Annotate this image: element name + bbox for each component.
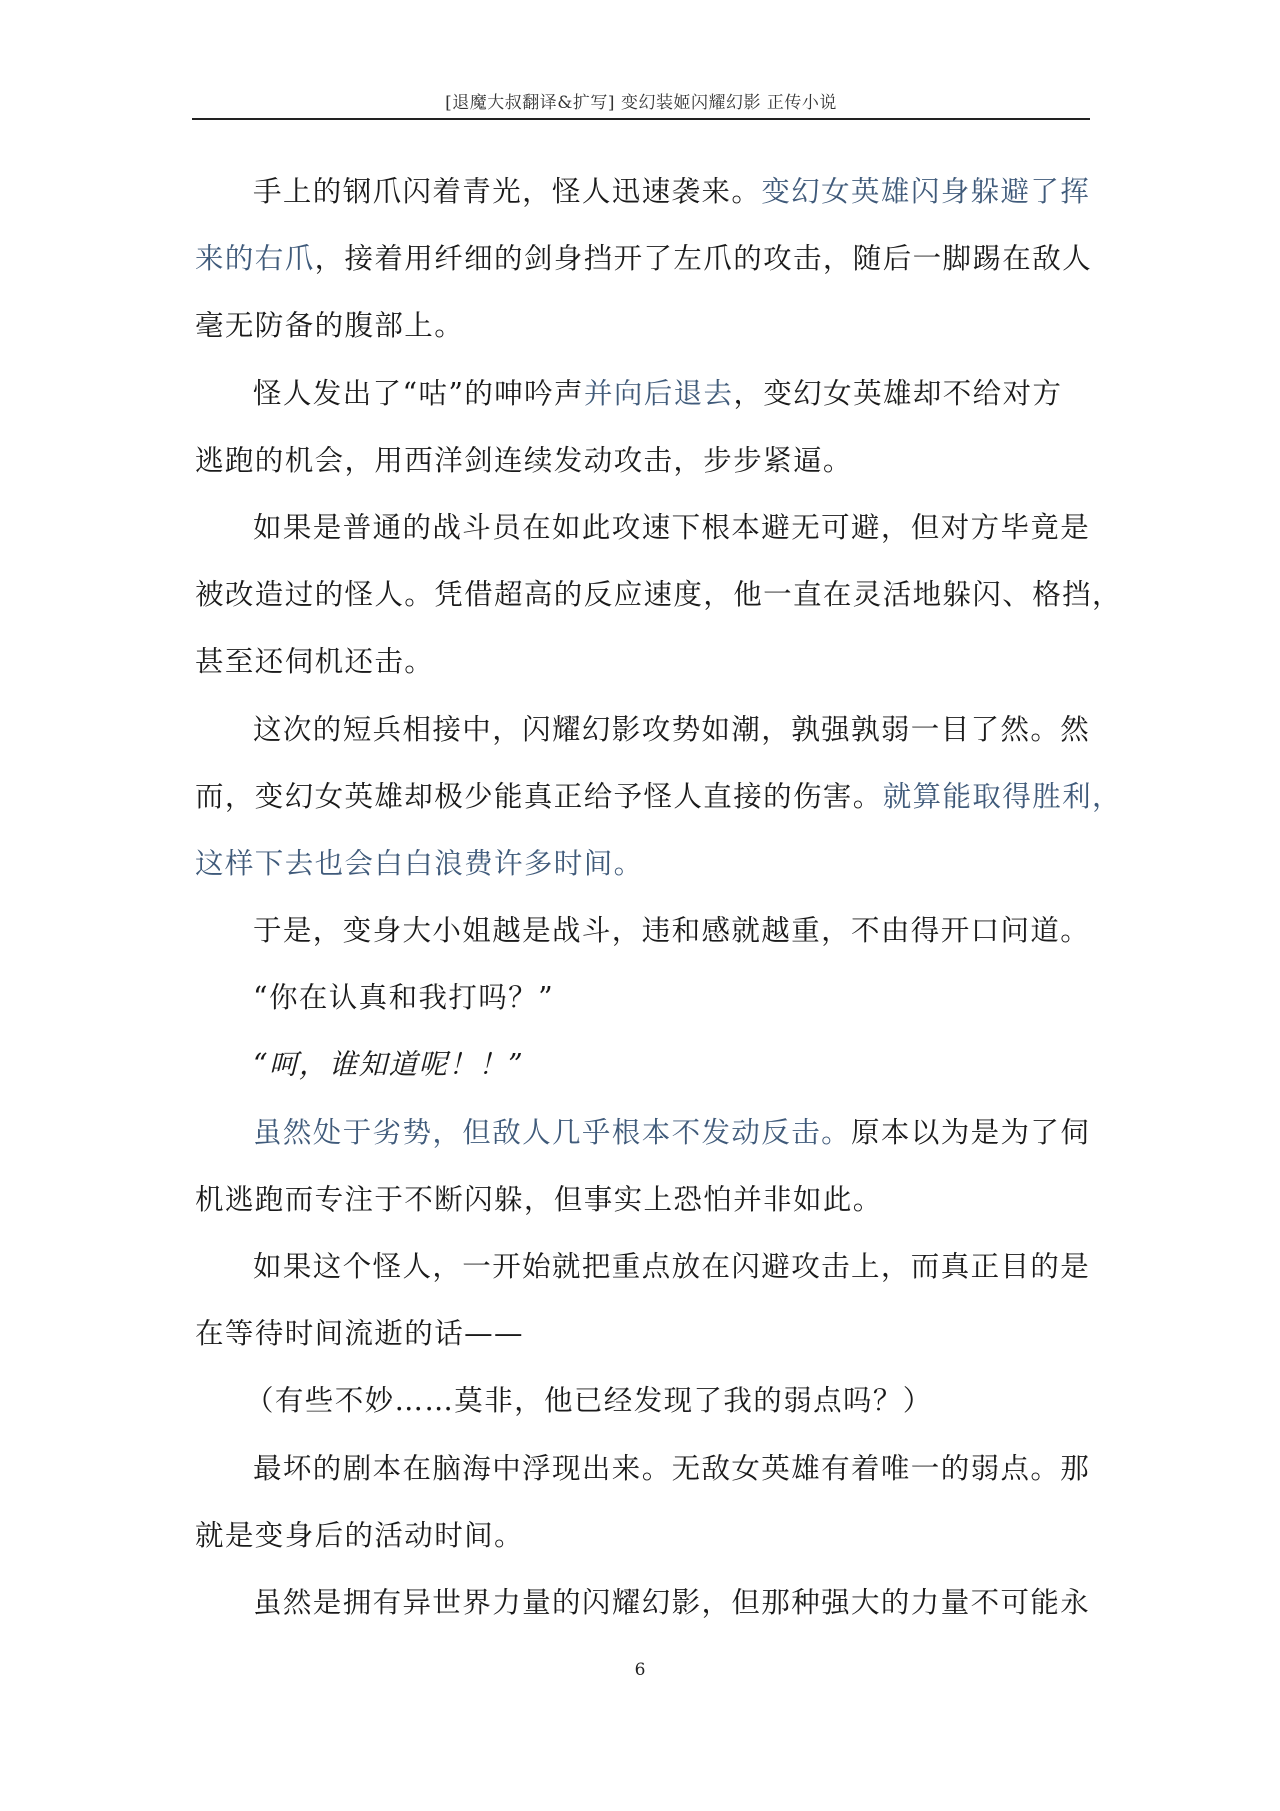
text-segment: 而，变幻女英雄却极少能真正给予怪人直接的伤害。 — [195, 780, 883, 813]
body-text: 手上的钢爪闪着青光，怪人迅速袭来。变幻女英雄闪身躲避了挥来的右爪，接着用纤细的剑… — [195, 158, 1090, 1636]
highlighted-text: 虽然处于劣势，但敌人几乎根本不发动反击。 — [253, 1116, 851, 1149]
text-line: （有些不妙……莫非，他已经发现了我的弱点吗？） — [195, 1367, 1090, 1434]
text-line: 逃跑的机会，用西洋剑连续发动攻击，步步紧逼。 — [195, 427, 1090, 494]
text-segment: “你在认真和我打吗？” — [253, 981, 554, 1014]
text-line: 最坏的剧本在脑海中浮现出来。无敌女英雄有着唯一的弱点。那 — [195, 1435, 1090, 1502]
text-line: 在等待时间流逝的话—— — [195, 1300, 1090, 1367]
highlighted-text: 变幻女英雄闪身躲避了挥 — [761, 175, 1090, 208]
highlighted-text: 就算能取得胜利， — [883, 780, 1122, 813]
text-segment: “呵，谁知道呢！！” — [253, 1048, 524, 1081]
text-line: “呵，谁知道呢！！” — [195, 1031, 1090, 1098]
text-segment: 原本以为是为了伺 — [851, 1116, 1090, 1149]
highlighted-text: 这样下去也会白白浪费许多时间。 — [195, 847, 644, 880]
highlighted-text: 来的右爪 — [195, 242, 315, 275]
text-segment: ，变幻女英雄却不给对方 — [733, 377, 1062, 410]
text-segment: 被改造过的怪人。凭借超高的反应速度，他一直在灵活地躲闪、格挡， — [195, 578, 1122, 611]
text-line: 虽然是拥有异世界力量的闪耀幻影，但那种强大的力量不可能永 — [195, 1569, 1090, 1636]
text-segment: 最坏的剧本在脑海中浮现出来。无敌女英雄有着唯一的弱点。那 — [253, 1452, 1090, 1485]
text-segment: 逃跑的机会，用西洋剑连续发动攻击，步步紧逼。 — [195, 444, 853, 477]
text-line: 如果这个怪人，一开始就把重点放在闪避攻击上，而真正目的是 — [195, 1233, 1090, 1300]
highlighted-text: 并向后退去 — [584, 377, 734, 410]
text-line: 手上的钢爪闪着青光，怪人迅速袭来。变幻女英雄闪身躲避了挥 — [195, 158, 1090, 225]
text-line: 毫无防备的腹部上。 — [195, 292, 1090, 359]
text-segment: 毫无防备的腹部上。 — [195, 309, 464, 342]
text-segment: 就是变身后的活动时间。 — [195, 1519, 524, 1552]
text-segment: 于是，变身大小姐越是战斗，违和感就越重，不由得开口问道。 — [253, 914, 1090, 947]
text-segment: ，接着用纤细的剑身挡开了左爪的攻击，随后一脚踢在敌人 — [315, 242, 1092, 275]
text-line: 虽然处于劣势，但敌人几乎根本不发动反击。原本以为是为了伺 — [195, 1099, 1090, 1166]
text-line: 怪人发出了“咕”的呻吟声并向后退去，变幻女英雄却不给对方 — [195, 360, 1090, 427]
text-line: 而，变幻女英雄却极少能真正给予怪人直接的伤害。就算能取得胜利， — [195, 763, 1090, 830]
text-segment: 如果这个怪人，一开始就把重点放在闪避攻击上，而真正目的是 — [253, 1250, 1090, 1283]
text-line: 这样下去也会白白浪费许多时间。 — [195, 830, 1090, 897]
text-segment: 如果是普通的战斗员在如此攻速下根本避无可避，但对方毕竟是 — [253, 511, 1090, 544]
text-segment: 手上的钢爪闪着青光，怪人迅速袭来。 — [253, 175, 761, 208]
text-line: 机逃跑而专注于不断闪躲，但事实上恐怕并非如此。 — [195, 1166, 1090, 1233]
text-line: 来的右爪，接着用纤细的剑身挡开了左爪的攻击，随后一脚踢在敌人 — [195, 225, 1090, 292]
page-header: [退魔大叔翻译&扩写] 变幻装姬闪耀幻影 正传小说 — [192, 88, 1090, 113]
text-line: 如果是普通的战斗员在如此攻速下根本避无可避，但对方毕竟是 — [195, 494, 1090, 561]
text-segment: 甚至还伺机还击。 — [195, 645, 434, 678]
header-divider — [192, 118, 1090, 120]
text-segment: （有些不妙……莫非，他已经发现了我的弱点吗？） — [245, 1384, 933, 1417]
text-segment: 在等待时间流逝的话—— — [195, 1317, 524, 1350]
text-line: 就是变身后的活动时间。 — [195, 1502, 1090, 1569]
text-line: “你在认真和我打吗？” — [195, 964, 1090, 1031]
text-segment: 虽然是拥有异世界力量的闪耀幻影，但那种强大的力量不可能永 — [253, 1586, 1090, 1619]
page-number: 6 — [0, 1660, 1280, 1680]
text-segment: 怪人发出了“咕”的呻吟声 — [253, 377, 584, 410]
text-line: 被改造过的怪人。凭借超高的反应速度，他一直在灵活地躲闪、格挡， — [195, 561, 1090, 628]
text-segment: 这次的短兵相接中，闪耀幻影攻势如潮，孰强孰弱一目了然。然 — [253, 713, 1090, 746]
text-segment: 机逃跑而专注于不断闪躲，但事实上恐怕并非如此。 — [195, 1183, 883, 1216]
text-line: 这次的短兵相接中，闪耀幻影攻势如潮，孰强孰弱一目了然。然 — [195, 696, 1090, 763]
text-line: 于是，变身大小姐越是战斗，违和感就越重，不由得开口问道。 — [195, 897, 1090, 964]
text-line: 甚至还伺机还击。 — [195, 628, 1090, 695]
